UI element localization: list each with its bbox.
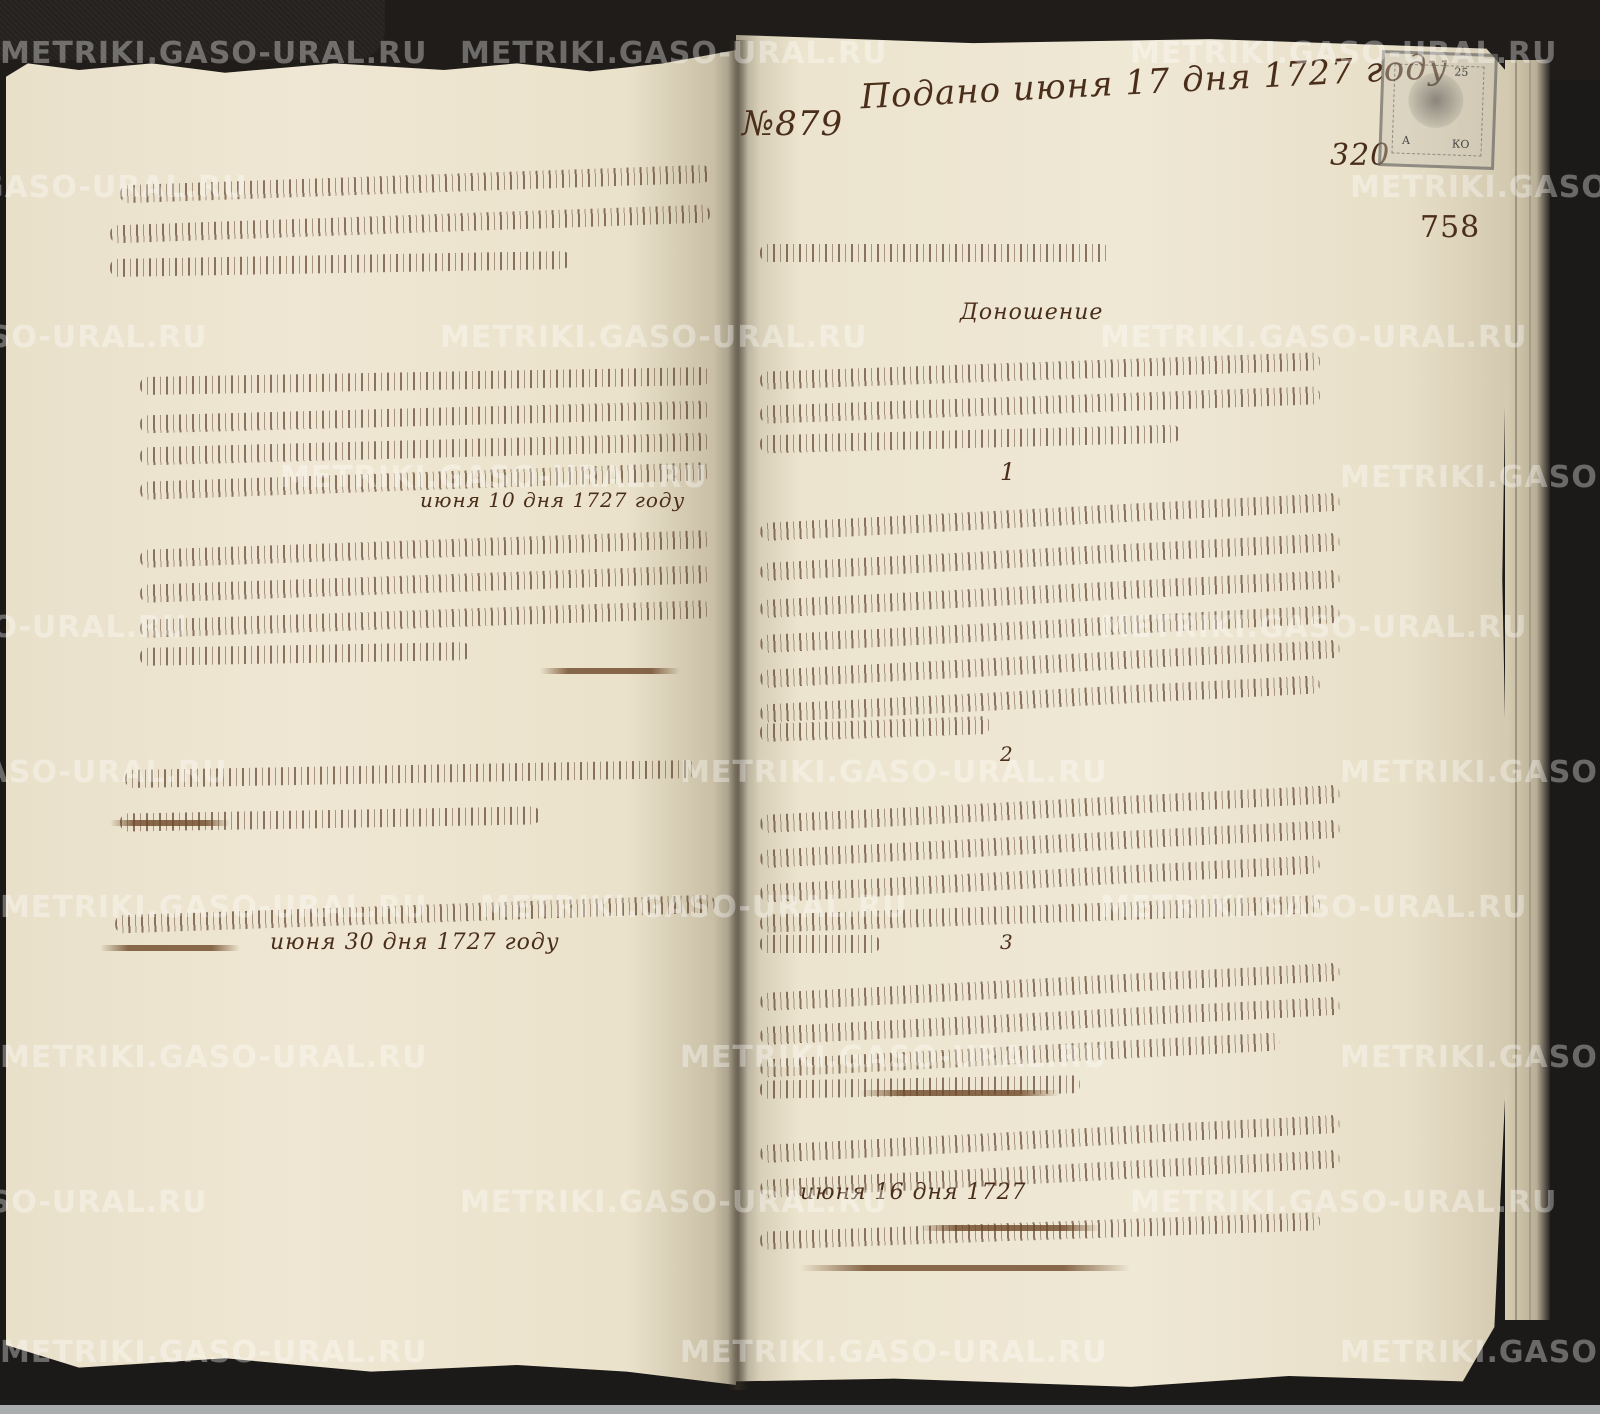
pen-flourish bbox=[110, 820, 230, 826]
document-heading: Доношение bbox=[960, 300, 1103, 325]
page-edge-stack bbox=[1505, 60, 1550, 1320]
watermark: METRIKI.GASO-URAL.RU bbox=[0, 1185, 208, 1220]
watermark: METRIKI.GASO-URAL.RU bbox=[0, 36, 428, 71]
pen-flourish bbox=[860, 1090, 1060, 1096]
watermark: METRIKI.GASO-URAL.RU bbox=[680, 755, 1108, 790]
watermark: METRIKI.GASO-URAL.RU bbox=[680, 1040, 1108, 1075]
entry-number: №879 bbox=[742, 104, 843, 144]
stamp-letter-right: КО bbox=[1452, 138, 1470, 152]
watermark: METRIKI.GASO-URAL.RU bbox=[0, 1040, 428, 1075]
watermark: METRIKI.GASO-URAL.RU bbox=[680, 1335, 1108, 1370]
watermark: METRIKI.GASO-URAL.RU bbox=[1100, 320, 1528, 355]
stamp-letter-left: А bbox=[1402, 134, 1411, 147]
section-mark-1: 1 bbox=[1000, 458, 1016, 486]
pen-flourish bbox=[100, 945, 240, 951]
watermark: METRIKI.GASO-URAL.RU bbox=[460, 1185, 888, 1220]
handwritten-address-line bbox=[760, 244, 1110, 262]
watermark: METRIKI.GASO-URAL.RU bbox=[280, 460, 708, 495]
watermark: METRIKI.GASO-URAL.RU bbox=[1340, 755, 1600, 790]
signature-flourish bbox=[800, 1265, 1130, 1271]
watermark: METRIKI.GASO-URAL.RU bbox=[1340, 1040, 1600, 1075]
watermark: METRIKI.GASO-URAL.RU bbox=[1130, 36, 1558, 71]
watermark: METRIKI.GASO-URAL.RU bbox=[1100, 890, 1528, 925]
pen-flourish bbox=[920, 1225, 1100, 1231]
section-mark-3: 3 bbox=[1000, 930, 1014, 954]
watermark: METRIKI.GASO-URAL.RU bbox=[440, 320, 868, 355]
watermark: METRIKI.GASO-URAL.RU bbox=[480, 890, 908, 925]
watermark: METRIKI.GASO-URAL.RU bbox=[1130, 1185, 1558, 1220]
watermark: METRIKI.GASO-URAL.RU bbox=[1340, 1335, 1600, 1370]
watermark: METRIKI.GASO-URAL.RU bbox=[0, 610, 188, 645]
watermark: METRIKI.GASO-URAL.RU bbox=[0, 755, 228, 790]
watermark: METRIKI.GASO-URAL.RU bbox=[0, 320, 208, 355]
signature-flourish bbox=[540, 668, 680, 674]
left-footer-date: июня 30 дня 1727 году bbox=[270, 930, 560, 955]
watermark: METRIKI.GASO-URAL.RU bbox=[1100, 610, 1528, 645]
watermark: METRIKI.GASO-URAL.RU bbox=[0, 1335, 428, 1370]
old-folio-number: 758 bbox=[1420, 210, 1480, 245]
scan-bottom-edge bbox=[0, 1405, 1600, 1414]
watermark: METRIKI.GASO-URAL.RU bbox=[0, 170, 248, 205]
watermark: METRIKI.GASO-URAL.RU bbox=[0, 890, 428, 925]
watermark: METRIKI.GASO-URAL.RU bbox=[460, 36, 888, 71]
watermark: METRIKI.GASO-URAL.RU bbox=[1350, 170, 1600, 205]
handwritten-line bbox=[760, 935, 880, 953]
watermark: METRIKI.GASO-URAL.RU bbox=[1340, 460, 1600, 495]
